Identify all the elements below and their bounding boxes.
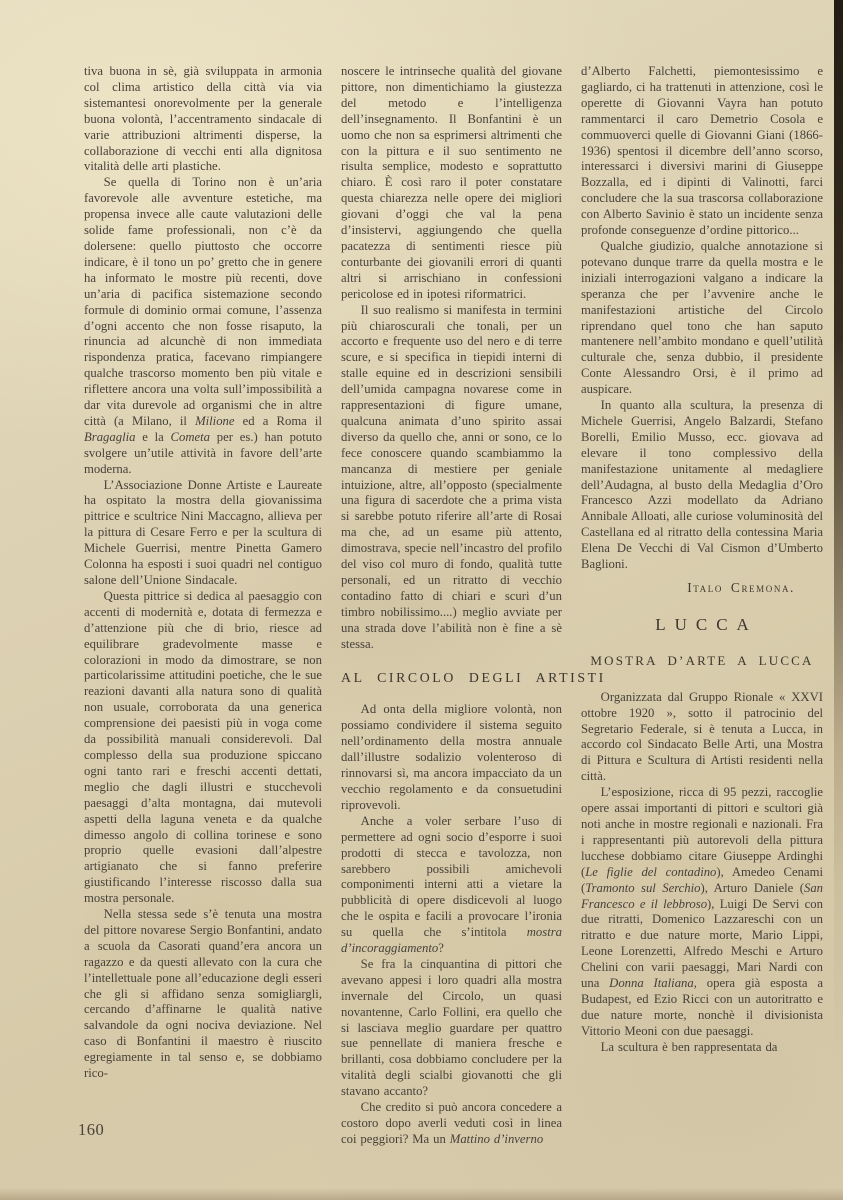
paragraph: L’esposizione, ricca di 95 pezzi, raccog…: [581, 785, 823, 1040]
text-run: Questa pittrice si dedica al paesaggio c…: [84, 589, 322, 905]
paragraph: Anche a voler serbare l’uso di permetter…: [341, 814, 562, 957]
italic-text: Mattino d’inverno: [450, 1132, 543, 1146]
scan-bottom-shadow: [0, 1188, 843, 1200]
column-2: noscere le intrinseche qualità del giova…: [341, 64, 562, 1170]
text-columns: tiva buona in sè, già sviluppata in armo…: [84, 64, 820, 1170]
text-run: Nella stessa sede s’è tenuta una mostra …: [84, 907, 322, 1080]
text-run: L’Associazione Donne Artiste e Laureate …: [84, 478, 322, 587]
author-signature: Italo Cremona.: [581, 580, 823, 596]
text-run: noscere le intrinseche qualità del giova…: [341, 64, 562, 301]
paragraph: Qualche giudizio, qualche annotazione si…: [581, 239, 823, 398]
paragraph: Il suo realismo si manifesta in termini …: [341, 303, 562, 653]
paragraph: Che credito si può ancora concedere a co…: [341, 1100, 562, 1148]
italic-text: Donna Italiana: [609, 976, 694, 990]
text-run: In quanto alla scultura, la presenza di …: [581, 398, 823, 571]
paragraph: La scultura è ben rappresentata da: [581, 1040, 823, 1056]
italic-text: Le figlie del contadino: [585, 865, 716, 879]
text-run: tiva buona in sè, già sviluppata in armo…: [84, 64, 322, 173]
subheading-mostra-lucca: MOSTRA D’ARTE A LUCCA: [581, 653, 823, 669]
page-number: 160: [78, 1120, 104, 1140]
text-run: Qualche giudizio, qualche annotazione si…: [581, 239, 823, 396]
paragraph: tiva buona in sè, già sviluppata in armo…: [84, 64, 322, 175]
column-3: d’Alberto Falchetti, piemontesissimo e g…: [581, 64, 823, 1170]
paragraph: L’Associazione Donne Artiste e Laureate …: [84, 478, 322, 589]
text-run: d’Alberto Falchetti, piemontesissimo e g…: [581, 64, 823, 237]
text-run: Il suo realismo si manifesta in termini …: [341, 303, 562, 651]
paragraph: In quanto alla scultura, la presenza di …: [581, 398, 823, 573]
scan-dark-edge: [834, 0, 843, 1200]
italic-text: Milione: [195, 414, 234, 428]
paragraph: Ad onta della migliore volontà, non poss…: [341, 702, 562, 813]
text-run: e la: [135, 430, 170, 444]
italic-text: Tramonto sul Serchio: [585, 881, 700, 895]
column-1: tiva buona in sè, già sviluppata in armo…: [84, 64, 322, 1170]
text-run: ?: [438, 941, 444, 955]
text-run: Anche a voler serbare l’uso di permetter…: [341, 814, 562, 939]
text-run: La scultura è ben rappresentata da: [601, 1040, 778, 1054]
text-run: Se fra la cinquantina di pittori che ave…: [341, 957, 562, 1098]
text-run: Organizzata dal Gruppo Rionale « XXVI ot…: [581, 690, 823, 784]
text-run: ), Arturo Daniele (: [701, 881, 804, 895]
text-run: ed a Roma il: [235, 414, 322, 428]
section-heading-lucca: LUCCA: [581, 617, 823, 633]
paragraph: d’Alberto Falchetti, piemontesissimo e g…: [581, 64, 823, 239]
paragraph: Organizzata dal Gruppo Rionale « XXVI ot…: [581, 690, 823, 785]
magazine-page: tiva buona in sè, già sviluppata in armo…: [0, 0, 843, 1200]
paragraph: Se fra la cinquantina di pittori che ave…: [341, 957, 562, 1100]
italic-text: Cometa: [171, 430, 210, 444]
paragraph: Se quella di Torino non è un’aria favore…: [84, 175, 322, 477]
paragraph: Nella stessa sede s’è tenuta una mostra …: [84, 907, 322, 1082]
text-run: Se quella di Torino non è un’aria favore…: [84, 175, 322, 428]
section-heading-circolo: AL CIRCOLO DEGLI ARTISTI: [341, 670, 562, 686]
paragraph: Questa pittrice si dedica al paesaggio c…: [84, 589, 322, 907]
italic-text: Bragaglia: [84, 430, 135, 444]
text-run: Ad onta della migliore volontà, non poss…: [341, 702, 562, 811]
paragraph: noscere le intrinseche qualità del giova…: [341, 64, 562, 303]
